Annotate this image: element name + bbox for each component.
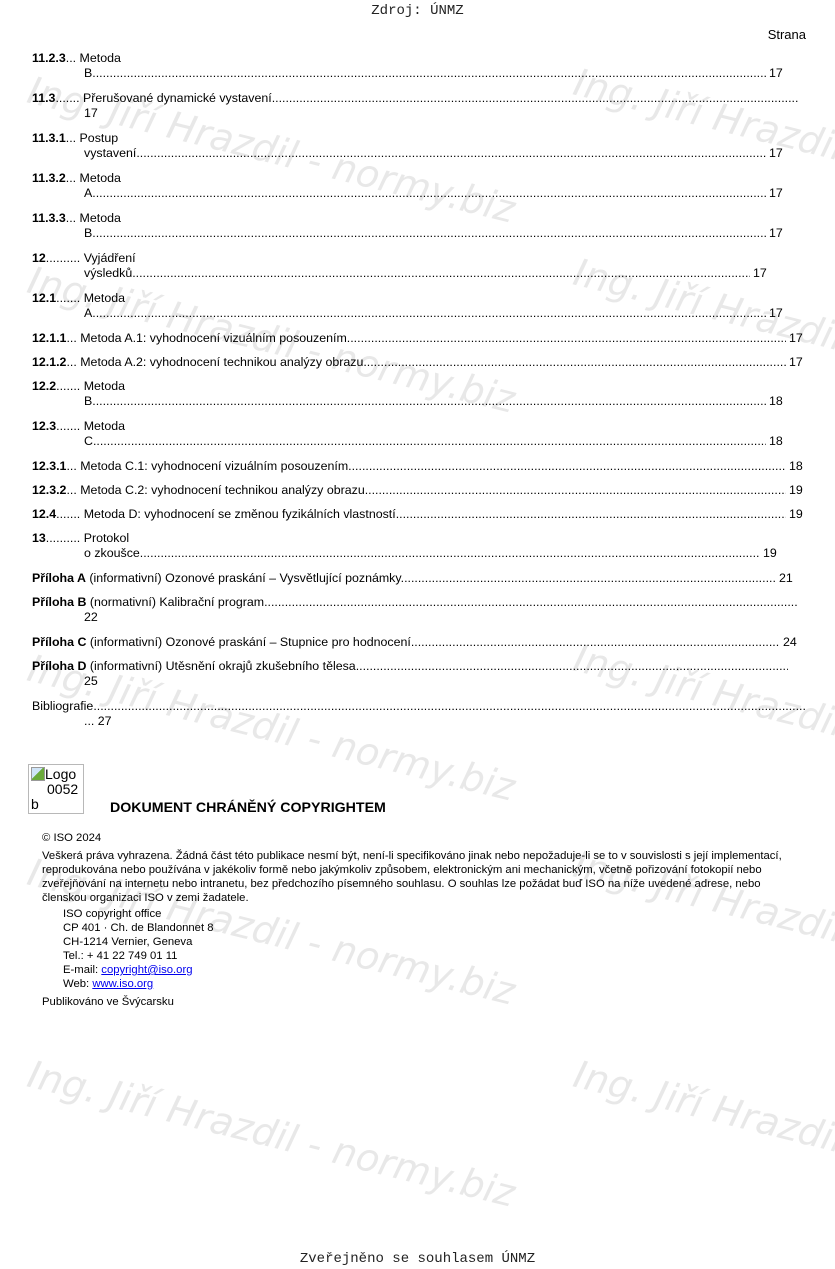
toc-title: Metoda A.2: vyhodnocení technikou analýz… — [80, 355, 363, 369]
toc-dot-leader: ........................................… — [356, 659, 788, 673]
watermark: Ing. Jiří Hrazdil - normy.biz — [569, 1052, 835, 1216]
toc-page-number: 25 — [84, 674, 98, 688]
toc-number: Příloha A — [32, 571, 86, 585]
address-email: E-mail: copyright@iso.org — [63, 963, 802, 977]
toc-title: Metoda — [80, 171, 121, 185]
toc-leader: .......... — [46, 251, 80, 265]
toc-dot-leader: ........................................… — [92, 186, 766, 200]
toc-number: Příloha C — [32, 635, 86, 649]
toc-dot-leader: ........................................… — [92, 66, 766, 80]
toc-page-number: 17 — [84, 106, 98, 120]
toc-dot-leader: ........................................… — [136, 146, 766, 160]
toc-title: Metoda — [80, 51, 121, 65]
address-phone: Tel.: + 41 22 749 01 11 — [63, 949, 802, 963]
logo-alt-text: 0052 — [31, 781, 78, 797]
toc-page-number: 19 — [789, 483, 803, 497]
toc-page-number: 19 — [789, 507, 803, 521]
toc-page-number: ... 27 — [84, 714, 112, 728]
toc-leader: ... — [66, 459, 76, 473]
toc-dot-leader: ........................................… — [347, 331, 786, 345]
toc-entry[interactable]: 12.......... Vyjádřenívýsledků..........… — [32, 251, 812, 281]
toc-number: 12.3 — [32, 419, 56, 433]
toc-leader: ... — [66, 355, 76, 369]
toc-dot-leader: ........................................… — [396, 507, 786, 521]
toc-title: Přerušované dynamické vystavení — [83, 91, 272, 105]
toc-number: Příloha B — [32, 595, 86, 609]
toc-number: 13 — [32, 531, 46, 545]
toc-entry[interactable]: 12.3....... MetodaC.....................… — [32, 419, 812, 449]
toc-page-number: 18 — [769, 434, 783, 448]
toc-page-number: 21 — [779, 571, 793, 585]
toc-title: Protokol — [84, 531, 129, 545]
toc-page-number: 17 — [769, 146, 783, 160]
toc-title-continuation: o zkoušce — [84, 546, 140, 560]
toc-dot-leader: ........................................… — [93, 434, 766, 448]
toc-page-number: 17 — [769, 226, 783, 240]
toc-leader: ....... — [56, 419, 80, 433]
toc-entry[interactable]: Bibliografie............................… — [32, 699, 812, 729]
toc-title-continuation: C — [84, 434, 93, 448]
toc-entry[interactable]: Příloha B (normativní) Kalibrační progra… — [32, 595, 812, 625]
toc-number: 12.1 — [32, 291, 56, 305]
toc-dot-leader: ........................................… — [132, 266, 750, 280]
toc-dot-leader: ........................................… — [365, 483, 786, 497]
toc-title: Metoda — [84, 291, 125, 305]
source-footer: Zveřejněno se souhlasem ÚNMZ — [0, 1251, 835, 1267]
toc-number: 11.2.3 — [32, 51, 66, 65]
toc-leader: .......... — [46, 531, 80, 545]
toc-entry[interactable]: 12.2....... MetodaB.....................… — [32, 379, 812, 409]
email-label: E-mail: — [63, 964, 101, 976]
address-web: Web: www.iso.org — [63, 977, 802, 991]
toc-title: (informativní) Ozonové praskání – Vysvět… — [89, 571, 400, 585]
toc-page-number: 17 — [769, 306, 783, 320]
toc-leader: ... — [66, 483, 76, 497]
toc-page-number: 22 — [84, 610, 98, 624]
toc-leader: ....... — [56, 379, 80, 393]
toc-title: Bibliografie — [32, 699, 93, 713]
toc-entry[interactable]: 11.3.1... Postupvystavení...............… — [32, 131, 812, 161]
toc-entry[interactable]: Příloha C (informativní) Ozonové praskán… — [32, 635, 812, 650]
toc-leader: ... — [66, 171, 76, 185]
source-header: Zdroj: ÚNMZ — [0, 3, 835, 19]
toc-title: Metoda C.2: vyhodnocení technikou analýz… — [80, 483, 364, 497]
toc-page-number: 18 — [789, 459, 803, 473]
toc-number: 12.3.1 — [32, 459, 66, 473]
address-street: CP 401 · Ch. de Blandonnet 8 — [63, 921, 802, 935]
toc-entry[interactable]: Příloha A (informativní) Ozonové praskán… — [32, 571, 812, 586]
published-location: Publikováno ve Švýcarsku — [42, 995, 802, 1009]
toc-page-number: 18 — [769, 394, 783, 408]
toc-dot-leader: ........................................… — [272, 91, 798, 105]
toc-leader: ....... — [56, 291, 80, 305]
logo-alt-text: b — [31, 796, 39, 812]
toc-number: 11.3.2 — [32, 171, 66, 185]
toc-title: Metoda — [84, 419, 125, 433]
toc-title: Metoda — [84, 379, 125, 393]
toc-title: Postup — [80, 131, 119, 145]
toc-number: 12.1.1 — [32, 331, 66, 345]
toc-dot-leader: ........................................… — [411, 635, 780, 649]
toc-entry[interactable]: 12.1.2... Metoda A.2: vyhodnocení techni… — [32, 355, 812, 370]
watermark: Ing. Jiří Hrazdil - normy.biz — [23, 1052, 519, 1216]
toc-page-number: 17 — [753, 266, 767, 280]
address-office: ISO copyright office — [63, 907, 802, 921]
toc-title: Metoda A.1: vyhodnocení vizuálním posouz… — [80, 331, 347, 345]
toc-title-continuation: výsledků — [84, 266, 132, 280]
toc-title: (informativní) Utěsnění okrajů zkušebníh… — [90, 659, 356, 673]
broken-image-icon — [31, 767, 45, 781]
toc-dot-leader: ........................................… — [92, 226, 766, 240]
copyright-title: DOKUMENT CHRÁNĚNÝ COPYRIGHTEM — [110, 800, 386, 816]
copyright-address: ISO copyright office CP 401 · Ch. de Bla… — [42, 907, 802, 991]
logo-image-placeholder: Logo 0052 b — [28, 764, 84, 814]
toc-page-number: 17 — [769, 66, 783, 80]
toc-title: Metoda C.1: vyhodnocení vizuálním posouz… — [80, 459, 348, 473]
email-link[interactable]: copyright@iso.org — [101, 964, 192, 976]
toc-title-continuation: vystavení — [84, 146, 136, 160]
toc-entry[interactable]: 11.2.3... MetodaB.......................… — [32, 51, 812, 81]
toc-leader: ... — [66, 131, 76, 145]
toc-title: (informativní) Ozonové praskání – Stupni… — [90, 635, 411, 649]
toc-number: 12.2 — [32, 379, 56, 393]
toc-dot-leader: ........................................… — [93, 699, 806, 713]
toc-entry[interactable]: 12.3.2... Metoda C.2: vyhodnocení techni… — [32, 483, 812, 498]
toc-dot-leader: ........................................… — [363, 355, 786, 369]
toc-leader: ... — [66, 51, 76, 65]
copyright-body: © ISO 2024 Veškerá práva vyhrazena. Žádn… — [42, 831, 802, 1009]
toc-page-number: 19 — [763, 546, 777, 560]
toc-number: 11.3 — [32, 91, 55, 105]
logo-alt-text: Logo — [45, 766, 76, 782]
toc-number: 11.3.1 — [32, 131, 66, 145]
toc-leader: ... — [66, 211, 76, 225]
toc-number: 12.1.2 — [32, 355, 66, 369]
toc-entry[interactable]: 12.1....... MetodaA.....................… — [32, 291, 812, 321]
toc-leader: ... — [66, 331, 76, 345]
toc-number: 12 — [32, 251, 46, 265]
web-label: Web: — [63, 978, 92, 990]
toc-page-number: 17 — [789, 331, 803, 345]
toc-title: Metoda D: vyhodnocení se změnou fyzikáln… — [84, 507, 396, 521]
toc-dot-leader: ........................................… — [92, 394, 766, 408]
copyright-notice: Veškerá práva vyhrazena. Žádná část této… — [42, 849, 802, 905]
toc-title: (normativní) Kalibrační program — [90, 595, 264, 609]
toc-entry[interactable]: 11.3....... Přerušované dynamické vystav… — [32, 91, 812, 121]
toc-number: 11.3.3 — [32, 211, 66, 225]
toc-page-number: 17 — [789, 355, 803, 369]
page-column-label: Strana — [768, 27, 806, 42]
toc-entry[interactable]: 13.......... Protokolo zkoušce..........… — [32, 531, 812, 561]
toc-dot-leader: ........................................… — [264, 595, 798, 609]
toc-number: 12.3.2 — [32, 483, 66, 497]
toc-dot-leader: ........................................… — [140, 546, 760, 560]
toc-title: Metoda — [80, 211, 121, 225]
web-link[interactable]: www.iso.org — [92, 978, 153, 990]
toc-dot-leader: ........................................… — [401, 571, 776, 585]
copyright-year: © ISO 2024 — [42, 831, 802, 845]
address-city: CH-1214 Vernier, Geneva — [63, 935, 802, 949]
toc-page-number: 24 — [783, 635, 797, 649]
toc-entry[interactable]: 11.3.3... MetodaB.......................… — [32, 211, 812, 241]
toc-entry[interactable]: 12.3.1... Metoda C.1: vyhodnocení vizuál… — [32, 459, 812, 474]
toc-entry[interactable]: Příloha D (informativní) Utěsnění okrajů… — [32, 659, 812, 689]
toc-number: Příloha D — [32, 659, 86, 673]
toc-number: 12.4 — [32, 507, 56, 521]
toc-title: Vyjádření — [84, 251, 136, 265]
toc-leader: ....... — [56, 507, 80, 521]
toc-page-number: 17 — [769, 186, 783, 200]
toc-entry[interactable]: 11.3.2... MetodaA.......................… — [32, 171, 812, 201]
toc-leader: ....... — [55, 91, 79, 105]
toc-entry[interactable]: 12.1.1... Metoda A.1: vyhodnocení vizuál… — [32, 331, 812, 346]
toc-dot-leader: ........................................… — [92, 306, 766, 320]
toc-dot-leader: ........................................… — [348, 459, 786, 473]
toc-entry[interactable]: 12.4....... Metoda D: vyhodnocení se změ… — [32, 507, 812, 522]
